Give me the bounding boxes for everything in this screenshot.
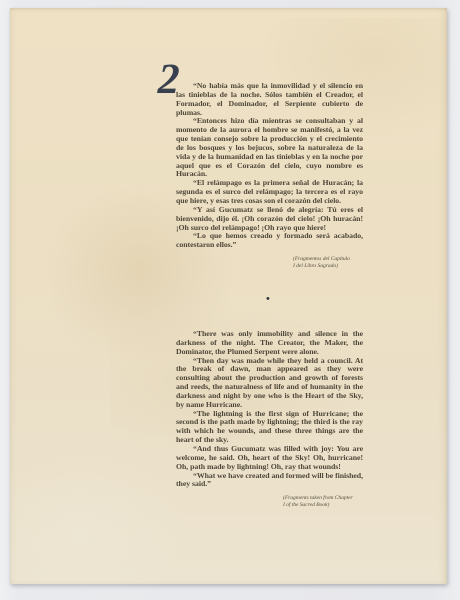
scan-background: 2 “No había más que la inmovilidad y el … [0,0,460,600]
spanish-paragraph: “No había más que la inmovilidad y el si… [176,82,363,117]
page-sheet: 2 “No había más que la inmovilidad y el … [10,8,447,584]
spanish-paragraph: “El relámpago es la primera señal de Hur… [176,179,363,206]
spanish-paragraph: “Y así Gucumatz se llenó de alegría: Tú … [176,206,363,233]
paper-stain [10,448,190,588]
spanish-source-attribution: (Fragmentos del Capítulo I del Libro Sag… [293,256,363,270]
english-paragraph: “What we have created and formed will be… [176,472,363,490]
english-paragraph: “Then day was made while they held a cou… [176,357,363,410]
english-paragraph: “And thus Gucumatz was filled with joy: … [176,445,363,472]
spanish-paragraph: “Entonces hizo día mientras se consultab… [176,117,363,179]
english-text-block: “There was only immobility and silence i… [176,330,363,510]
spanish-text-block: “No había más que la inmovilidad y el si… [176,82,363,270]
english-paragraph: “The lightning is the first sign of Hurr… [176,410,363,445]
section-separator-dot: • [266,294,270,305]
english-paragraph: “There was only immobility and silence i… [176,330,363,357]
english-source-attribution: (Fragments taken from Chapter I of the S… [283,495,363,509]
spanish-paragraph: “Lo que hemos creado y formado será acab… [176,232,363,250]
attribution-line: I of the Sacred Book) [283,502,363,509]
attribution-line: I del Libro Sagrado) [293,263,363,270]
